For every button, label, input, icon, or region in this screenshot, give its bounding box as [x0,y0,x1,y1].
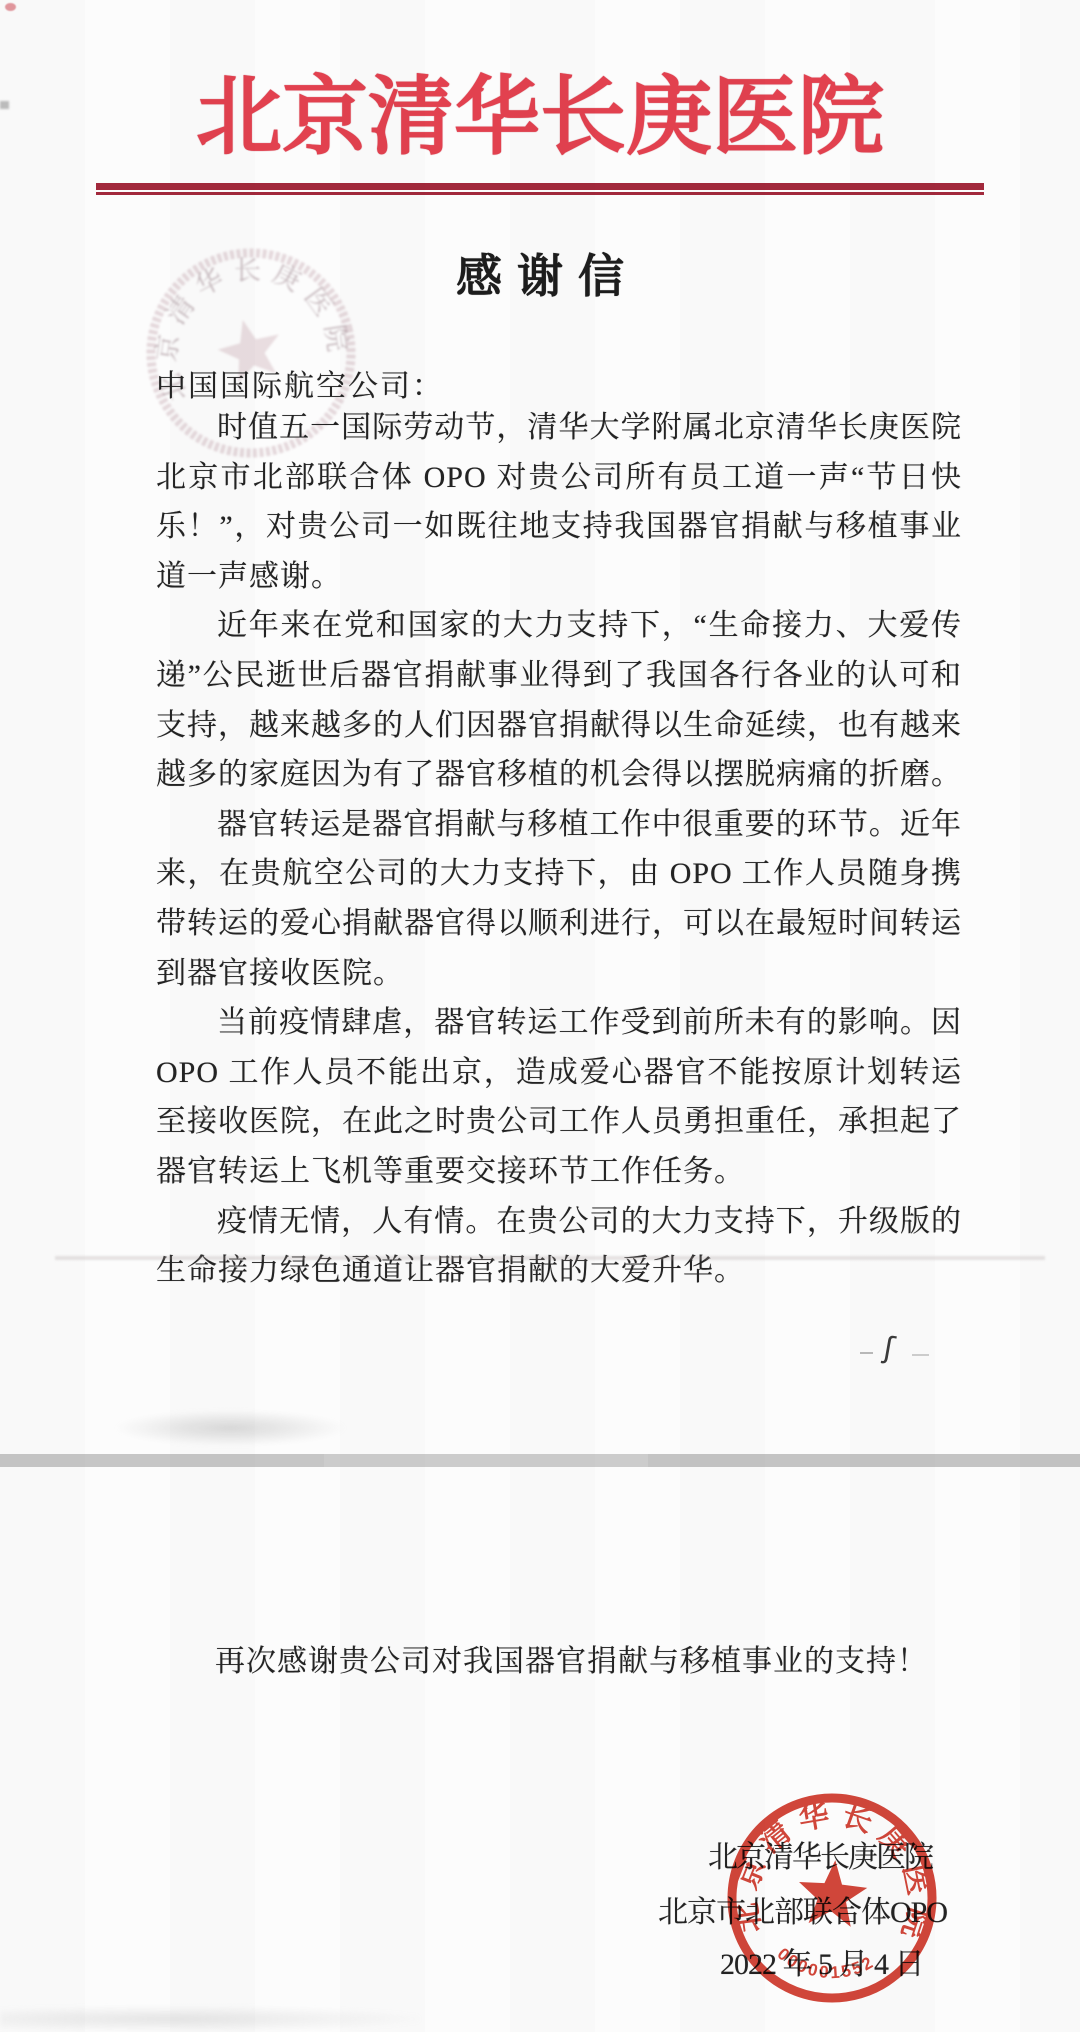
letter-title: 感谢信 [0,240,1080,306]
scan-dash [860,1352,873,1354]
paragraph-2: 近年来在党和国家的大力支持下，“生命接力、大爱传递”公民逝世后器官捐献事业得到了… [156,601,962,799]
scan-smudge [113,1410,348,1446]
letterhead-double-rule [96,183,984,195]
scan-smudge [0,2006,420,2032]
scan-streak [55,1256,1045,1260]
ink-squiggle-mark: ʃ [881,1330,897,1366]
letter-body: 时值五一国际劳动节，清华大学附属北京清华长庚医院北京市北部联合体 OPO 对贵公… [156,403,962,1296]
paragraph-1: 时值五一国际劳动节，清华大学附属北京清华长庚医院北京市北部联合体 OPO 对贵公… [156,403,962,601]
seal-star-icon [796,1857,870,1928]
paragraph-3: 器官转运是器官捐献与移植工作中很重要的环节。近年来，在贵航空公司的大力支持下，由… [156,800,962,998]
scan-dash [912,1354,929,1356]
official-red-seal: 北京清华长庚医院 1100000155206 [713,1779,951,2017]
scanned-letter-page: 北京清华长庚医院 北京清华长庚医院 感谢信 中国国际航空公司： 时值五一国际劳动… [0,0,1080,2032]
closing-line: 再次感谢贵公司对我国器官捐献与移植事业的支持！ [215,1636,928,1680]
paragraph-5: 疫情无情，人有情。在贵公司的大力支持下，升级版的生命接力绿色通道让器官捐献的大爱… [156,1197,962,1296]
hospital-letterhead-title: 北京清华长庚医院 [0,70,1080,165]
salutation: 中国国际航空公司： [156,361,444,405]
scan-speck [5,3,16,11]
paragraph-4: 当前疫情肆虐，器官转运工作受到前所未有的影响。因 OPO 工作人员不能出京，造成… [156,998,962,1196]
scan-page-divider [0,1454,1080,1467]
